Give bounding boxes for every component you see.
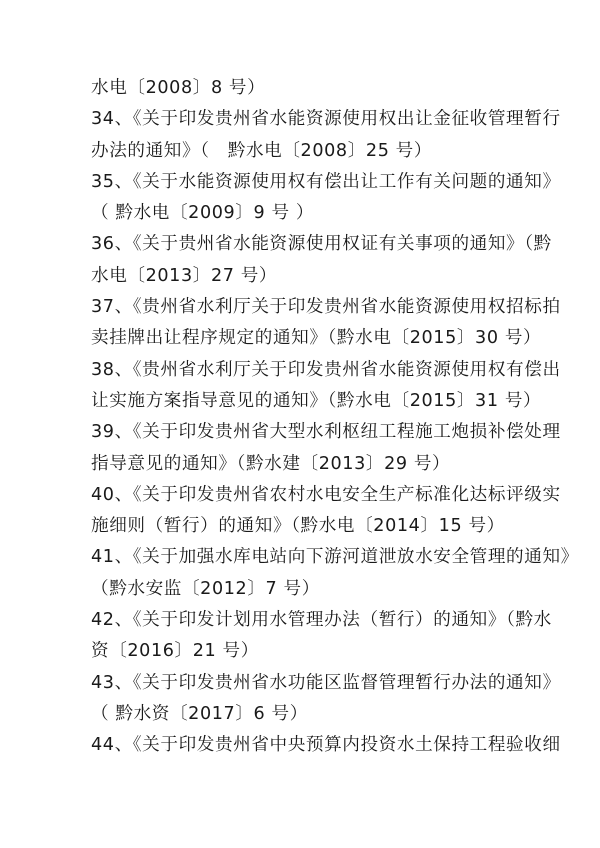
text-line: 施细则（暂行）的通知》（黔水电〔2014〕15 号） <box>91 511 516 542</box>
text-line: （ 黔水电〔2009〕9 号 ） <box>91 198 516 229</box>
text-line: 办法的通知》（ 黔水电〔2008〕25 号） <box>91 136 516 167</box>
text-line: 资〔2016〕21 号） <box>91 636 516 667</box>
text-line: 指导意见的通知》（黔水建〔2013〕29 号） <box>91 449 516 480</box>
document-page: 水电〔2008〕8 号） 34、《关于印发贵州省水能资源使用权出让金征收管理暂行… <box>91 73 516 762</box>
text-line: 39、《关于印发贵州省大型水利枢纽工程施工炮损补偿处理 <box>91 417 516 448</box>
text-line: 让实施方案指导意见的通知》（黔水电〔2015〕31 号） <box>91 386 516 417</box>
text-line: 44、《关于印发贵州省中央预算内投资水土保持工程验收细 <box>91 730 516 761</box>
text-line: 35、《关于水能资源使用权有偿出让工作有关问题的通知》 <box>91 167 516 198</box>
text-line: （黔水安监〔2012〕7 号） <box>91 574 516 605</box>
text-line: 水电〔2013〕27 号） <box>91 261 516 292</box>
text-line: 34、《关于印发贵州省水能资源使用权出让金征收管理暂行 <box>91 104 516 135</box>
text-line: 42、《关于印发计划用水管理办法（暂行）的通知》（黔水 <box>91 605 516 636</box>
text-line: 40、《关于印发贵州省农村水电安全生产标准化达标评级实 <box>91 480 516 511</box>
text-line: 水电〔2008〕8 号） <box>91 73 516 104</box>
text-line: 38、《贵州省水利厅关于印发贵州省水能资源使用权有偿出 <box>91 355 516 386</box>
text-line: 41、《关于加强水库电站向下游河道泄放水安全管理的通知》 <box>91 542 516 573</box>
text-line: （ 黔水资〔2017〕6 号） <box>91 699 516 730</box>
text-line: 37、《贵州省水利厅关于印发贵州省水能资源使用权招标拍 <box>91 292 516 323</box>
text-line: 36、《关于贵州省水能资源使用权证有关事项的通知》（黔 <box>91 229 516 260</box>
text-line: 43、《关于印发贵州省水功能区监督管理暂行办法的通知》 <box>91 668 516 699</box>
text-line: 卖挂牌出让程序规定的通知》（黔水电〔2015〕30 号） <box>91 323 516 354</box>
